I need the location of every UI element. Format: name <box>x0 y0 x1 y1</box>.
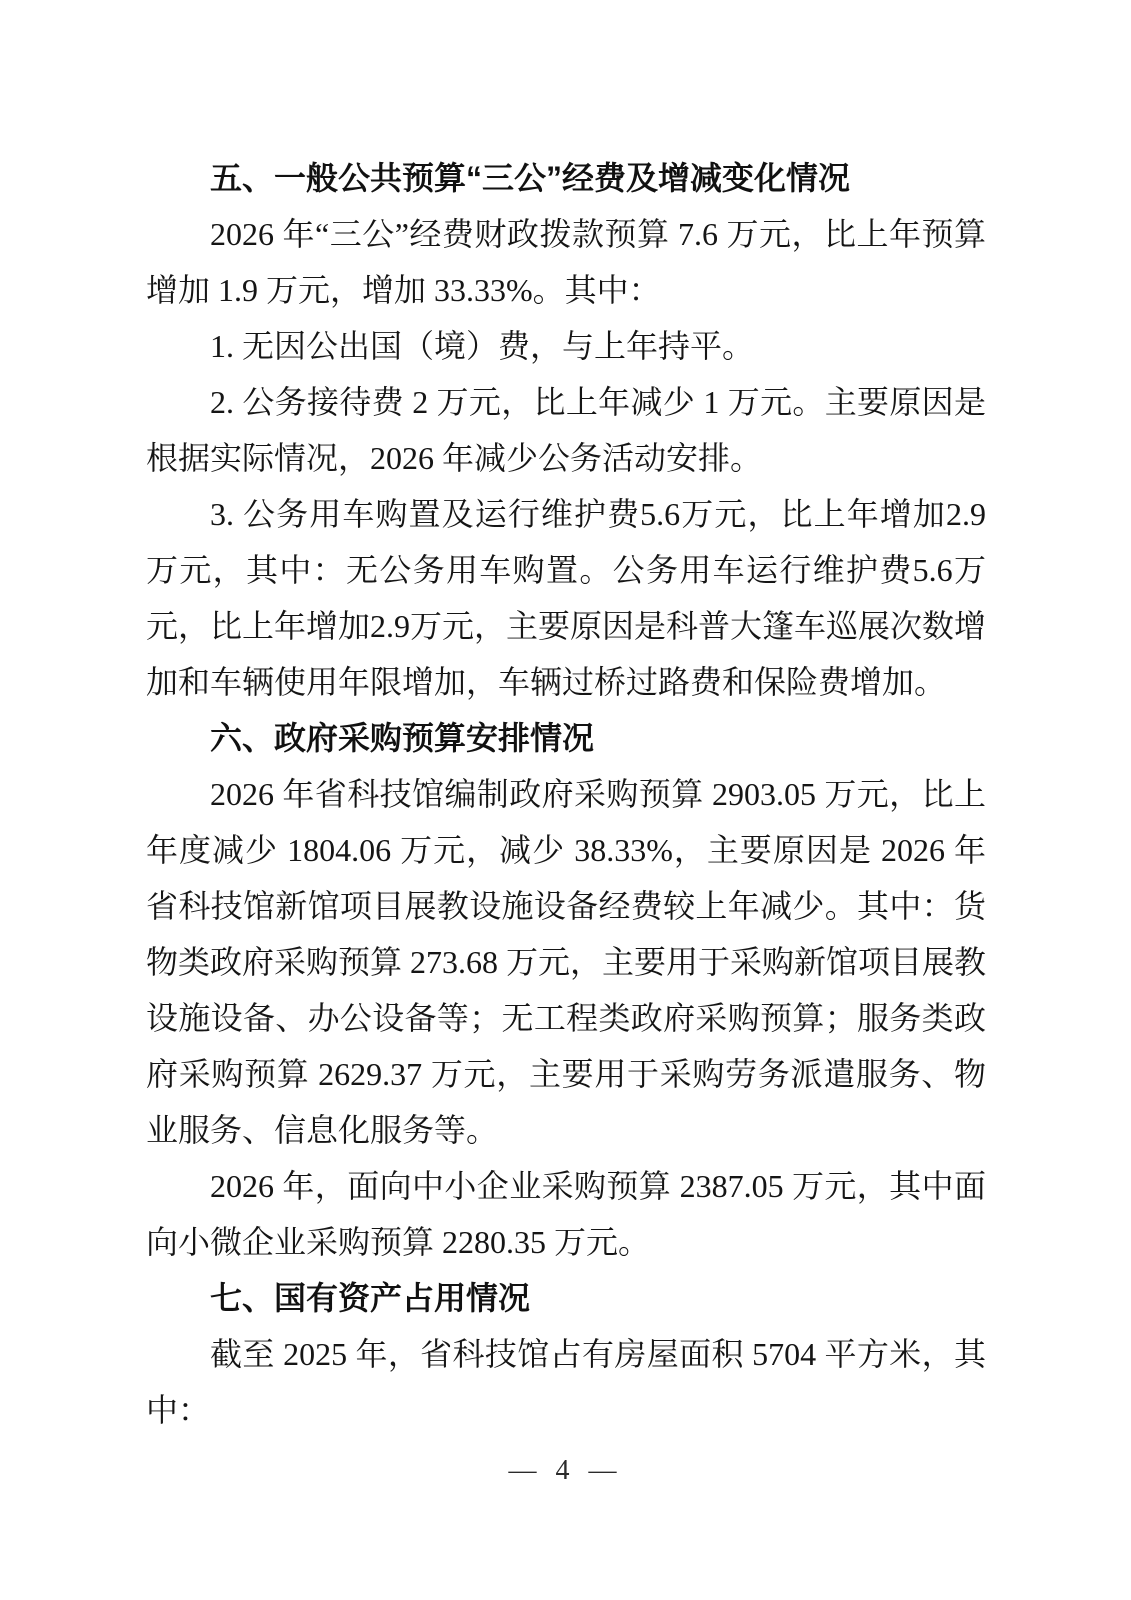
para-procurement-budget-detail: 2026 年省科技馆编制政府采购预算 2903.05 万元，比上年度减少 180… <box>146 766 986 1158</box>
document-page: 五、一般公共预算“三公”经费及增减变化情况 2026 年“三公”经费财政拨款预算… <box>0 0 1131 1600</box>
para-overseas-travel-fee: 1. 无因公出国（境）费，与上年持平。 <box>146 318 986 374</box>
section-heading-state-owned-assets: 七、国有资产占用情况 <box>146 1270 986 1326</box>
document-body: 五、一般公共预算“三公”经费及增减变化情况 2026 年“三公”经费财政拨款预算… <box>146 150 986 1438</box>
page-number: — 4 — <box>0 1455 1131 1487</box>
section-heading-government-procurement: 六、政府采购预算安排情况 <box>146 710 986 766</box>
para-sme-procurement: 2026 年，面向中小企业采购预算 2387.05 万元，其中面向小微企业采购预… <box>146 1158 986 1270</box>
para-asset-occupancy: 截至 2025 年，省科技馆占有房屋面积 5704 平方米，其中： <box>146 1326 986 1438</box>
para-official-vehicle-fee: 3. 公务用车购置及运行维护费5.6万元，比上年增加2.9万元，其中：无公务用车… <box>146 486 986 710</box>
para-three-public-summary: 2026 年“三公”经费财政拨款预算 7.6 万元，比上年预算增加 1.9 万元… <box>146 206 986 318</box>
para-official-reception-fee: 2. 公务接待费 2 万元，比上年减少 1 万元。主要原因是根据实际情况，202… <box>146 374 986 486</box>
section-heading-three-public-expenses: 五、一般公共预算“三公”经费及增减变化情况 <box>146 150 986 206</box>
